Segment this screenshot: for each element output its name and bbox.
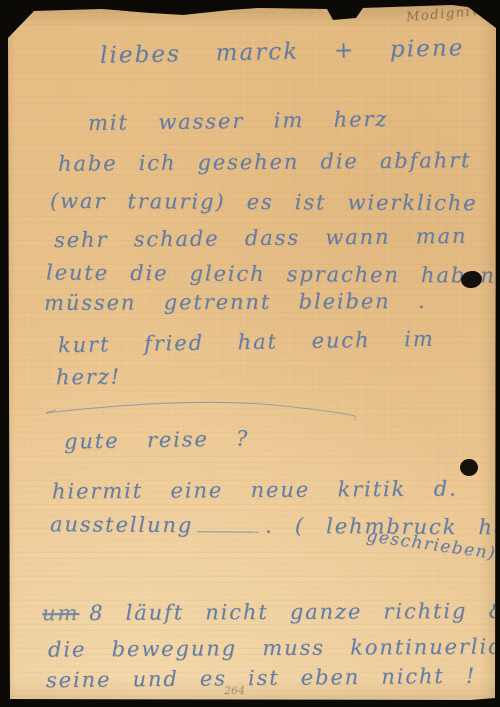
- ink-divider-line: [44, 398, 356, 424]
- letter-line: herz!: [56, 366, 121, 390]
- letter-line: sehr schade dass wann man: [54, 225, 468, 252]
- pencil-annotation-bottom: 264: [224, 684, 245, 697]
- letter-line: habe ich gesehen die abfahrt: [58, 149, 472, 176]
- letter-line: um8 läuft nicht ganze richtig &: [42, 600, 500, 626]
- hole-punch-bottom: [460, 459, 478, 476]
- letter-line: kurt fried hat euch im: [58, 328, 435, 358]
- letter-line: die bewegung muss kontinuerlich: [48, 635, 500, 661]
- letter-line: leute die gleich sprachen haben: [46, 261, 496, 287]
- letter-line: hiermit eine neue kritik d.: [52, 478, 458, 504]
- struck-word: um: [42, 601, 79, 625]
- scanned-letter-page: liebes marck + piene mit wasser im herz …: [0, 0, 500, 707]
- letter-greeting: liebes marck + piene: [100, 36, 465, 69]
- letter-word: 8 läuft nicht ganze richtig &: [89, 599, 500, 625]
- letter-line: gute reise ?: [64, 427, 250, 453]
- pencil-annotation-top-right: Modigniv: [405, 4, 480, 25]
- ink-dash: [197, 527, 259, 532]
- letter-line: seine und es ist eben nicht !: [46, 665, 476, 693]
- letter-line: müssen getrennt bleiben .: [44, 290, 427, 315]
- letter-line: mit wasser im herz: [88, 108, 389, 135]
- letter-paper: liebes marck + piene mit wasser im herz …: [0, 0, 500, 707]
- letter-word: ausstellung: [50, 512, 193, 537]
- letter-line: (war traurig) es ist wierkliche: [50, 190, 478, 215]
